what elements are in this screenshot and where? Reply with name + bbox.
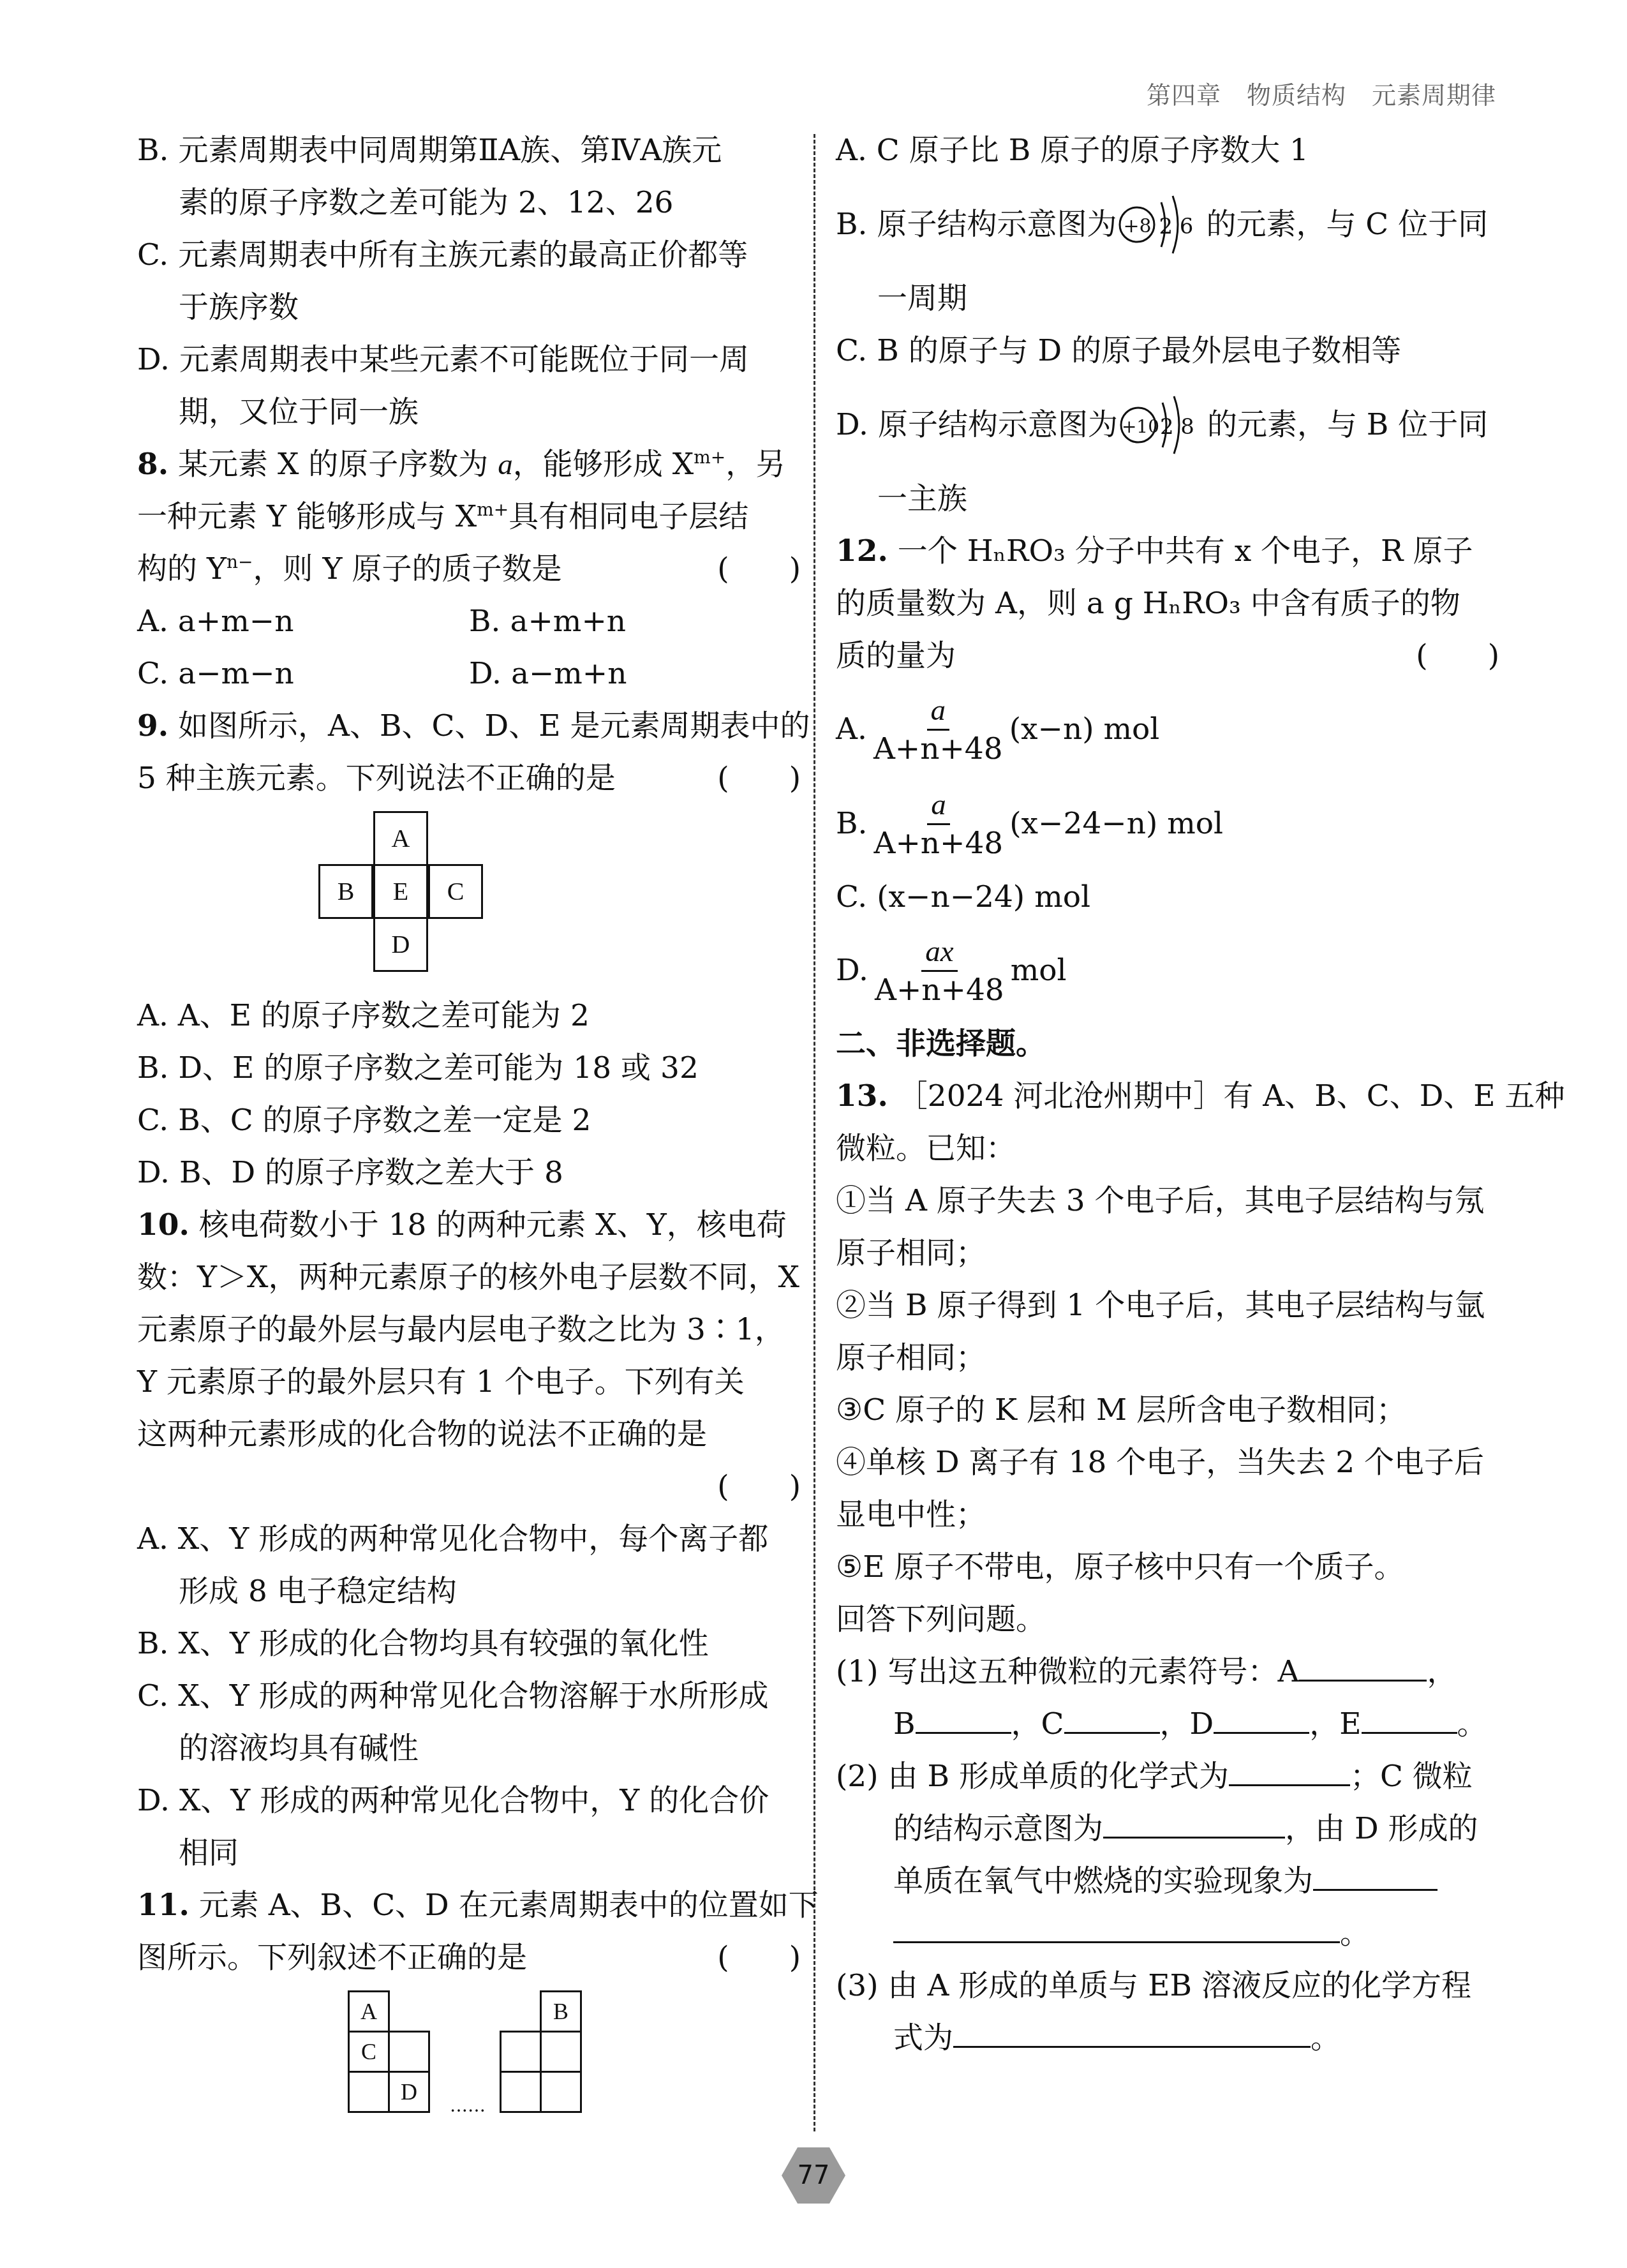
question-8: 8. 某元素 X 的原子序数为 a，能够形成 Xm+，另 一种元素 Y 能够形成… — [137, 438, 801, 700]
cell-empty — [348, 2071, 390, 2113]
text: ，另 — [725, 447, 785, 482]
text-line: 微粒。已知： — [836, 1123, 1499, 1175]
q7-option-c: C. 元素周期表中所有主族元素的最高正价都等 于族序数 — [137, 229, 801, 334]
cell-empty — [500, 2031, 542, 2073]
text: (2) 由 B 形成单质的化学式为 — [836, 1759, 1229, 1794]
answer-blank-phenomenon[interactable] — [1313, 1863, 1438, 1891]
fact-1-cont: 原子相同； — [836, 1227, 1499, 1279]
text: B. 原子结构示意图为 — [836, 207, 1117, 242]
numerator: a — [927, 786, 950, 825]
text: ，D — [1160, 1706, 1214, 1742]
cell-empty — [540, 2031, 582, 2073]
fact-2: ②当 B 原子得到 1 个电子后，其电子层结构与氩 — [836, 1279, 1499, 1332]
text: ，则 Y 原子的质子数是 — [253, 551, 561, 586]
option-d: D. B、D 的原子序数之差大于 8 — [137, 1147, 801, 1199]
text: 如图所示，A、B、C、D、E 是元素周期表中的 — [178, 708, 810, 743]
text-line: 元素原子的最外层与最内层电子数之比为 3∶1， — [137, 1304, 801, 1356]
right-column: A. C 原子比 B 原子的原子序数大 1 B. 原子结构示意图为 +82 6的… — [836, 124, 1499, 2064]
fact-2-cont: 原子相同； — [836, 1332, 1499, 1384]
q7-option-d: D. 元素周期表中某些元素不可能既位于同一周 期，又位于同一族 — [137, 334, 801, 438]
answer-paren[interactable]: ( ) — [717, 1932, 801, 1984]
sub-question-2-cont: 。 — [836, 1907, 1499, 1960]
atom-structure-diagram: +102 8 — [1118, 408, 1207, 446]
numerator: a — [927, 692, 950, 731]
text: 元素 A、B、C、D 在元素周期表中的位置如下 — [199, 1888, 819, 1923]
cell-d: D — [373, 917, 428, 972]
option-d: D. a−m+n — [469, 648, 801, 700]
text: 。 — [1457, 1706, 1487, 1742]
cell-d: D — [388, 2071, 430, 2113]
option-a: A. aA+n+48 (x−n) mol — [836, 682, 1499, 777]
denominator: A+n+48 — [870, 825, 1007, 862]
option-label: C. — [836, 879, 867, 914]
text-line: 于族序数 — [137, 281, 801, 334]
electron-shells: 2 6 — [1159, 207, 1193, 246]
text: 构的 Y — [137, 551, 227, 586]
answer-paren[interactable]: ( ) — [717, 543, 801, 595]
text-line: 一周期 — [836, 272, 1499, 325]
sub-question-2-cont: 单质在氧气中燃烧的实验现象为 — [836, 1855, 1499, 1907]
question-11: 11. 元素 A、B、C、D 在元素周期表中的位置如下 图所示。下列叙述不正确的… — [137, 1879, 801, 2150]
answer-blank-e[interactable] — [1362, 1706, 1457, 1734]
sub-question-1-cont: B，C，D，E。 — [836, 1698, 1499, 1750]
text: 式为 — [893, 2020, 953, 2055]
fraction: aA+n+48 — [870, 692, 1007, 768]
question-number: 9. — [137, 708, 168, 743]
fact-1: ①当 A 原子失去 3 个电子后，其电子层结构与氖 — [836, 1175, 1499, 1227]
option-label: B. — [836, 798, 867, 850]
superscript: m+ — [477, 499, 509, 520]
question-13: 13. ［2024 河北沧州期中］有 A、B、C、D、E 五种 微粒。已知： ①… — [836, 1070, 1499, 2064]
text-line: D. 元素周期表中某些元素不可能既位于同一周 — [137, 334, 801, 386]
text: ，E — [1309, 1706, 1361, 1742]
superscript: n− — [227, 551, 253, 572]
q7-option-b: B. 元素周期表中同周期第ⅡA族、第ⅣA族元 素的原子序数之差可能为 2、12、… — [137, 124, 801, 229]
numerator: ax — [921, 933, 957, 972]
text: 一个 HₙRO₃ 分子中共有 x 个电子，R 原子 — [898, 533, 1473, 569]
cell-b: B — [318, 864, 373, 919]
fact-4-cont: 显电中性； — [836, 1489, 1499, 1541]
expression: mol — [1011, 944, 1067, 997]
option-b: B. X、Y 形成的化合物均具有较强的氧化性 — [137, 1618, 801, 1670]
answer-paren[interactable]: ( ) — [1416, 630, 1499, 682]
page-number-badge: 77 — [782, 2147, 845, 2204]
text-line: 一主族 — [836, 473, 1499, 525]
expression: (x−n−24) mol — [877, 879, 1090, 914]
text: ［2024 河北沧州期中］有 A、B、C、D、E 五种 — [898, 1078, 1565, 1114]
atom-structure-diagram: +82 6 — [1117, 207, 1206, 246]
answer-blank-d[interactable] — [1214, 1706, 1309, 1734]
text-line: 这两种元素形成的化合物的说法不正确的是 — [137, 1408, 801, 1461]
option-a: A. X、Y 形成的两种常见化合物中，每个离子都 — [137, 1513, 801, 1565]
text: 质的量为 — [836, 638, 956, 673]
answer-blank-a[interactable] — [1299, 1654, 1427, 1682]
text: ，C — [1011, 1706, 1064, 1742]
option-c-cont: 的溶液均具有碱性 — [137, 1722, 801, 1775]
cell-empty — [500, 2071, 542, 2113]
option-a: A. A、E 的原子序数之差可能为 2 — [137, 990, 801, 1042]
question-number: 12. — [836, 533, 888, 569]
q11-option-b: B. 原子结构示意图为 +82 6的元素，与 C 位于同 — [836, 177, 1499, 272]
text: 核电荷数小于 18 的两种元素 X、Y，核电荷 — [199, 1207, 787, 1242]
chapter-part1: 物质结构 — [1247, 81, 1346, 109]
text: 。 — [1311, 2020, 1341, 2055]
chapter-part2: 元素周期律 — [1372, 81, 1496, 109]
cell-empty — [540, 2071, 582, 2113]
chapter-header: 第四章物质结构元素周期律 — [1147, 75, 1496, 110]
expression: (x−n) mol — [1009, 703, 1160, 756]
denominator: A+n+48 — [870, 731, 1007, 768]
option-c: C. a−m−n — [137, 648, 469, 700]
question-12: 12. 一个 HₙRO₃ 分子中共有 x 个电子，R 原子 的质量数为 A，则 … — [836, 525, 1499, 1018]
question-9: 9. 如图所示，A、B、C、D、E 是元素周期表中的 5 种主族元素。下列说法不… — [137, 700, 801, 1199]
question-number: 11. — [137, 1888, 189, 1923]
section-heading: 二、非选择题。 — [836, 1018, 1499, 1070]
sub-question-3: (3) 由 A 形成的单质与 EB 溶液反应的化学方程 — [836, 1960, 1499, 2012]
q11-option-a: A. C 原子比 B 原子的原子序数大 1 — [836, 124, 1499, 177]
option-label: A. — [836, 703, 867, 756]
option-b: B. D、E 的原子序数之差可能为 18 或 32 — [137, 1042, 801, 1094]
option-c: C. B、C 的原子序数之差一定是 2 — [137, 1094, 801, 1147]
option-c: C. X、Y 形成的两种常见化合物溶解于水所形成 — [137, 1670, 801, 1722]
periodic-table-fragment: A C D …… B — [137, 1984, 801, 2150]
text: 的元素，与 B 位于同 — [1207, 407, 1488, 442]
answer-prompt: 回答下列问题。 — [836, 1593, 1499, 1646]
periodic-cross-diagram: A B E C D — [137, 811, 801, 983]
text: ；C 微粒 — [1350, 1759, 1473, 1794]
text: 的结构示意图为 — [893, 1811, 1103, 1846]
option-d: D. X、Y 形成的两种常见化合物中，Y 的化合价 — [137, 1775, 801, 1827]
text-line: Y 元素原子的最外层只有 1 个电子。下列有关 — [137, 1356, 801, 1408]
answer-blank-c[interactable] — [1064, 1706, 1160, 1734]
electron-shells: 2 8 — [1160, 408, 1194, 446]
option-d-cont: 相同 — [137, 1827, 801, 1879]
answer-blank-b-formula[interactable] — [1229, 1759, 1350, 1786]
sub-question-3-cont: 式为。 — [836, 2012, 1499, 2064]
text-line: 数：Y＞X，两种元素原子的核外电子层数不同，X — [137, 1251, 801, 1304]
fact-3: ③C 原子的 K 层和 M 层所含电子数相同； — [836, 1384, 1499, 1436]
text: 单质在氧气中燃烧的实验现象为 — [893, 1863, 1313, 1899]
text: 一种元素 Y 能够形成与 X — [137, 499, 477, 534]
option-a: A. a+m−n — [137, 595, 469, 648]
cell-b: B — [540, 1990, 582, 2033]
fraction: aA+n+48 — [870, 786, 1007, 862]
answer-blank-b[interactable] — [916, 1706, 1011, 1734]
chapter-label: 第四章 — [1147, 81, 1221, 109]
text: 图所示。下列叙述不正确的是 — [137, 1940, 527, 1975]
cell-c: C — [348, 2031, 390, 2073]
option-b: B. aA+n+48 (x−24−n) mol — [836, 777, 1499, 871]
fact-5: ⑤E 原子不带电，原子核中只有一个质子。 — [836, 1541, 1499, 1593]
q11-option-d: D. 原子结构示意图为 +102 8的元素，与 B 位于同 — [836, 377, 1499, 473]
option-d: D. axA+n+48 mol — [836, 923, 1499, 1018]
option-b: B. a+m+n — [469, 595, 801, 648]
text: D. 原子结构示意图为 — [836, 407, 1118, 442]
q11-option-c: C. B 的原子与 D 的原子最外层电子数相等 — [836, 325, 1499, 377]
cell-a: A — [373, 811, 428, 866]
text-line: 的质量数为 A，则 a g HₙRO₃ 中含有质子的物 — [836, 578, 1499, 630]
nucleus-charge: +10 — [1122, 408, 1159, 446]
option-a-cont: 形成 8 电子稳定结构 — [137, 1565, 801, 1618]
question-number: 10. — [137, 1207, 189, 1242]
fact-4: ④单核 D 离子有 18 个电子，当失去 2 个电子后 — [836, 1436, 1499, 1489]
text-line: 素的原子序数之差可能为 2、12、26 — [137, 177, 801, 229]
left-column: B. 元素周期表中同周期第ⅡA族、第ⅣA族元 素的原子序数之差可能为 2、12、… — [137, 124, 801, 2150]
option-label: D. — [836, 944, 868, 997]
denominator: A+n+48 — [871, 972, 1008, 1009]
text: 某元素 X 的原子序数为 — [178, 447, 488, 482]
column-divider — [813, 134, 815, 2131]
fraction: axA+n+48 — [871, 933, 1008, 1009]
question-number: 8. — [137, 447, 168, 482]
text: 的元素，与 C 位于同 — [1206, 207, 1488, 242]
text: B — [893, 1706, 916, 1742]
cell-e: E — [373, 864, 428, 919]
answer-blank-c-diagram[interactable] — [1103, 1811, 1285, 1839]
expression: (x−24−n) mol — [1009, 798, 1223, 850]
variable: a — [498, 448, 513, 481]
answer-blank-phenomenon-cont[interactable] — [893, 1916, 1340, 1943]
text-line: C. 元素周期表中所有主族元素的最高正价都等 — [137, 229, 801, 281]
superscript: m+ — [694, 447, 725, 468]
sub-question-1: (1) 写出这五种微粒的元素符号：A， — [836, 1646, 1499, 1698]
text-line: B. 元素周期表中同周期第ⅡA族、第ⅣA族元 — [137, 124, 801, 177]
answer-blank-equation[interactable] — [953, 2020, 1311, 2048]
text-line: 期，又位于同一族 — [137, 386, 801, 438]
cell-c: C — [428, 864, 483, 919]
text: 5 种主族元素。下列说法不正确的是 — [137, 761, 616, 796]
nucleus-charge: +8 — [1123, 207, 1151, 246]
text: ，能够形成 X — [513, 447, 694, 482]
answer-paren[interactable]: ( ) — [717, 1461, 801, 1513]
option-c: C. (x−n−24) mol — [836, 871, 1499, 923]
text: 具有相同电子层结 — [509, 499, 748, 534]
text: ，由 D 形成的 — [1285, 1811, 1478, 1846]
text: 。 — [1340, 1916, 1370, 1951]
text: ， — [1427, 1654, 1457, 1689]
text: (1) 写出这五种微粒的元素符号：A — [836, 1654, 1299, 1689]
ellipsis: …… — [450, 2080, 486, 2132]
answer-paren[interactable]: ( ) — [717, 752, 801, 805]
sub-question-2: (2) 由 B 形成单质的化学式为；C 微粒 — [836, 1750, 1499, 1803]
sub-question-2-cont: 的结构示意图为，由 D 形成的 — [836, 1803, 1499, 1855]
question-number: 13. — [836, 1078, 888, 1114]
question-10: 10. 核电荷数小于 18 的两种元素 X、Y，核电荷 数：Y＞X，两种元素原子… — [137, 1199, 801, 1879]
